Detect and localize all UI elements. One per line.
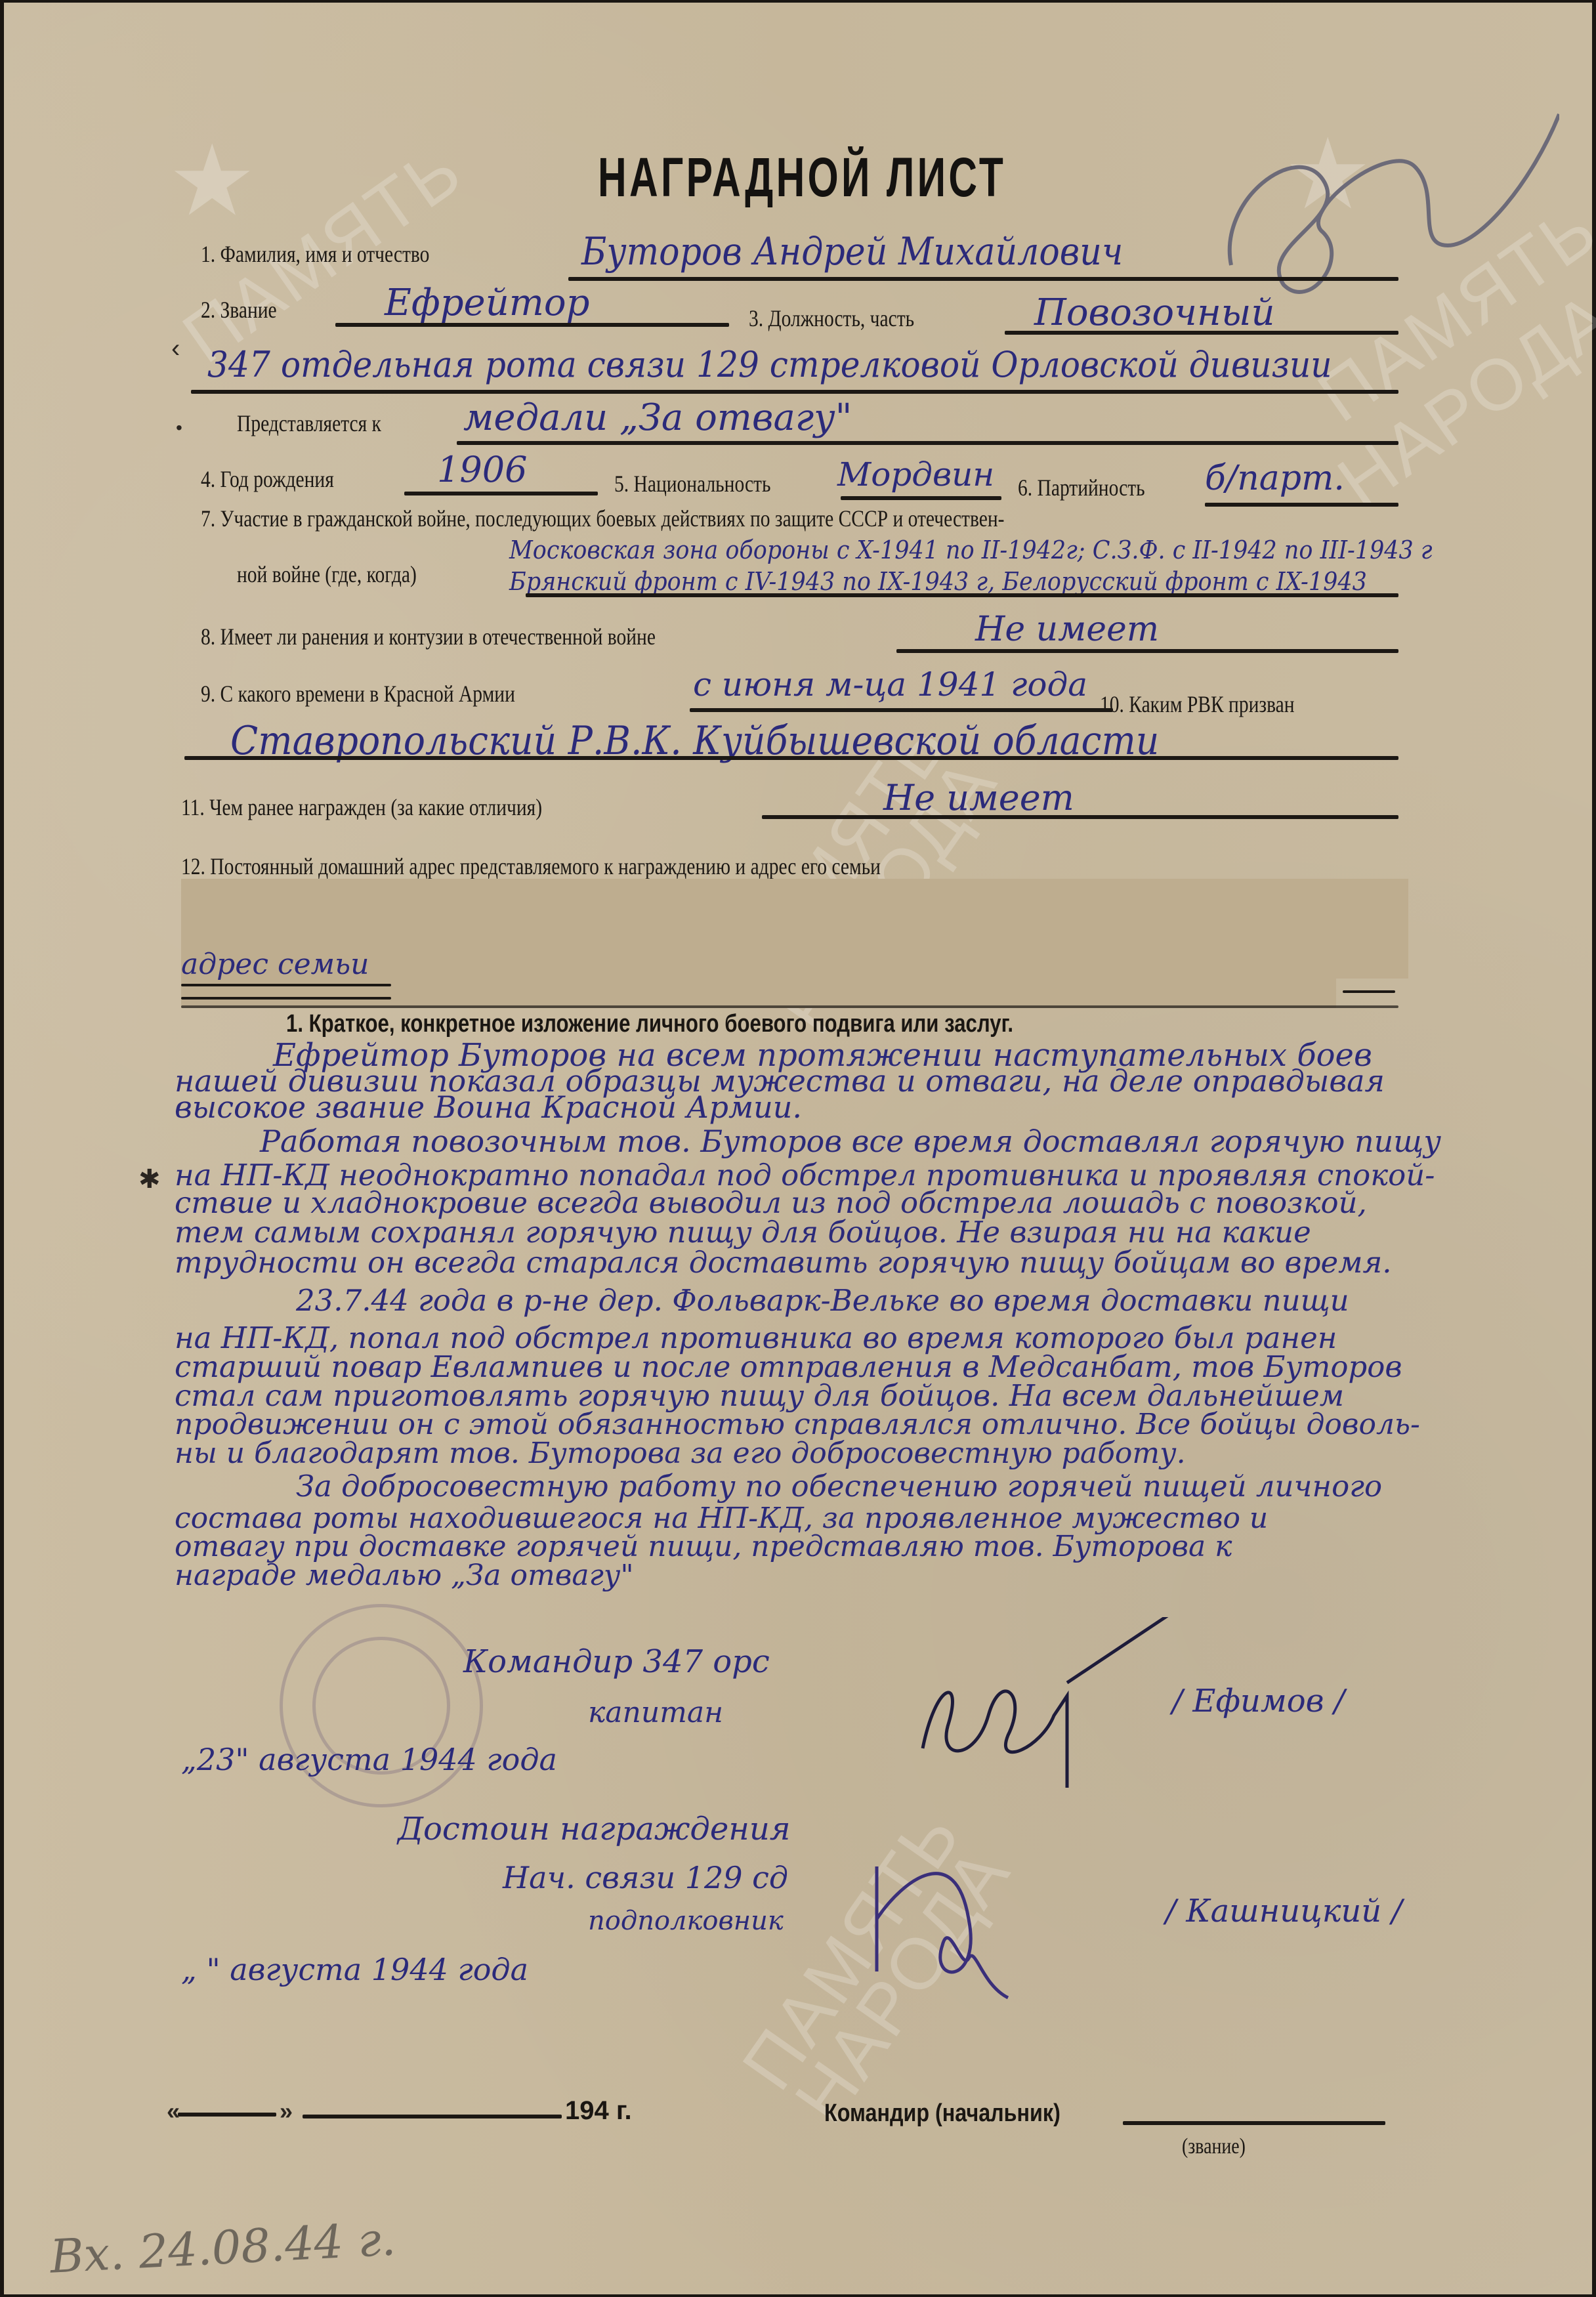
field-previous-awards-label: 11. Чем ранее награжден (за какие отличи… (181, 793, 542, 821)
field-participation-value-1: Московская зона обороны с X-1941 по II-1… (509, 536, 1433, 564)
narrative-line: награде медалью „За отвагу" (175, 1561, 1454, 1590)
field-army-since-value: с июня м-ца 1941 года (693, 665, 1087, 704)
signer1-rank: капитан (588, 1696, 723, 1729)
redacted-block (181, 979, 1336, 1008)
field-underline (841, 496, 1001, 500)
field-birthyear-value: 1906 (437, 449, 527, 490)
narrative-line: ствие и хладнокровие всегда выводил из п… (175, 1189, 1454, 1217)
narrative-line: 23.7.44 года в р-не дер. Фольварк-Вельке… (296, 1278, 1576, 1324)
narrative-line: высокое звание Воина Красной Армии. (175, 1094, 1454, 1120)
narrative-line: ны и благодарят тов. Буторова за его доб… (175, 1439, 1454, 1468)
field-address-value: адрес семьи (181, 948, 369, 981)
signer2-heading: Достоин награждения (398, 1811, 791, 1847)
footer-quote-close: » (280, 2097, 293, 2125)
field-previous-awards-value: Не имеет (883, 777, 1074, 818)
narrative-line: продвижении он с этой обязанностью справ… (175, 1410, 1454, 1439)
narrative-line: стал сам приготовлять горячую пищу для б… (175, 1381, 1454, 1410)
field-underline (335, 323, 729, 327)
narrative-line: старший повар Евлампиев и после отправле… (175, 1353, 1454, 1381)
field-rank-label: 2. Звание (201, 296, 277, 324)
signature2-scribble-icon (850, 1840, 1021, 2011)
narrative-line: состава роты находившегося на НП-КД, за … (175, 1505, 1454, 1532)
star-watermark-icon: ★ (168, 124, 256, 238)
field-underline (568, 277, 1398, 281)
narrative-line: тем самым сохранял горячую пищу для бойц… (175, 1217, 1454, 1248)
footer-quote-open: « (167, 2097, 180, 2125)
footer-rank-caption: (звание) (1182, 2134, 1246, 2159)
field-rvk-label: 10. Каким РВК призван (1100, 690, 1295, 718)
footer-commander-line (1123, 2121, 1385, 2125)
narrative-line: на НП-КД неоднократно попадал под обстре… (175, 1162, 1454, 1189)
field-position-value: Повозочный (1034, 291, 1275, 334)
field-name-value: Буторов Андрей Михайлович (581, 229, 1123, 274)
field-underline (896, 649, 1398, 653)
field-underline (184, 756, 1398, 760)
narrative-line: За добросовестную работу по обеспечению … (296, 1468, 1576, 1505)
field-rank-value: Ефрейтор (385, 282, 589, 324)
field-unit-value: 347 отдельная рота связи 129 стрелковой … (207, 344, 1332, 385)
footer-day-line (178, 2113, 276, 2117)
pencil-receipt-note: Вх. 24.08.44 г. (49, 2212, 397, 2283)
field-wounds-label: 8. Имеет ли ранения и контузии в отечест… (201, 623, 656, 650)
footer-month-line (303, 2115, 562, 2118)
margin-mark: ✱ (138, 1164, 161, 1194)
field-participation-value-2: Брянский фронт с IV-1943 по IX-1943 г, Б… (509, 567, 1367, 596)
narrative-line: трудности он всегда старался доставить г… (175, 1248, 1454, 1278)
narrative-line: на НП-КД, попал под обстрел противника в… (175, 1324, 1454, 1353)
field-underline (181, 1005, 1398, 1008)
field-party-value: б/парт. (1205, 459, 1345, 498)
field-underline (1005, 331, 1398, 335)
field-underline (181, 984, 391, 986)
field-underline (1205, 503, 1398, 507)
signer2-title: Нач. связи 129 сд (503, 1860, 788, 1895)
field-wounds-value: Не имеет (975, 610, 1159, 649)
signer2-name: / Кашницкий / (1165, 1893, 1402, 1929)
field-underline (762, 815, 1398, 819)
field-position-label: 3. Должность, часть (749, 305, 914, 332)
field-underline (191, 390, 1398, 394)
signer1-name: / Ефимов / (1172, 1683, 1345, 1719)
field-underline (690, 708, 1113, 712)
field-participation-label-2: ной войне (где, когда) (237, 560, 417, 588)
signer2-rank: подполковник (588, 1906, 784, 1936)
field-army-since-label: 9. С какого времени в Красной Армии (201, 680, 515, 707)
narrative-block: Ефрейтор Буторов на всем протяжении наст… (175, 1043, 1454, 1590)
document-title: НАГРАДНОЙ ЛИСТ (598, 146, 1006, 209)
footer-year: 194 г. (565, 2096, 632, 2126)
field-participation-label: 7. Участие в гражданской войне, последую… (201, 505, 1004, 532)
footer-commander-label: Командир (начальник) (824, 2099, 1060, 2128)
signer2-date: „ " августа 1944 года (181, 1952, 528, 1987)
field-underline (181, 997, 391, 1000)
field-nationality-label: 5. Национальность (614, 470, 770, 497)
field-address-label: 12. Постоянный домашний адрес представля… (181, 853, 881, 880)
field-birthyear-label: 4. Год рождения (201, 465, 334, 493)
narrative-line: Работая повозочным тов. Буторов все врем… (260, 1120, 1540, 1162)
nominated-value: медали „За отвагу" (463, 396, 852, 439)
signature1-scribble-icon (910, 1617, 1172, 1814)
field-name-label: 1. Фамилия, имя и отчество (201, 240, 429, 268)
field-underline (404, 492, 598, 495)
nominated-label: Представляется к (237, 410, 381, 437)
margin-mark: • (176, 417, 182, 438)
field-nationality-value: Мордвин (837, 455, 994, 494)
signer1-title: Командир 347 орс (463, 1643, 770, 1680)
field-party-label: 6. Партийность (1018, 474, 1145, 501)
signer1-date: „23" августа 1944 года (181, 1742, 557, 1777)
field-underline (457, 441, 1398, 445)
award-sheet: ★ ★ ПАМЯТЬ ПАМЯТЬ НАРОДА ПАМЯТЬ НАРОДА П… (4, 3, 1592, 2294)
field-underline (1343, 990, 1395, 993)
margin-mark: ‹ (171, 334, 180, 364)
section-heading: 1. Краткое, конкретное изложение личного… (286, 1010, 1013, 1038)
field-underline (526, 593, 1398, 597)
narrative-line: отвагу при доставке горячей пищи, предст… (175, 1532, 1454, 1561)
